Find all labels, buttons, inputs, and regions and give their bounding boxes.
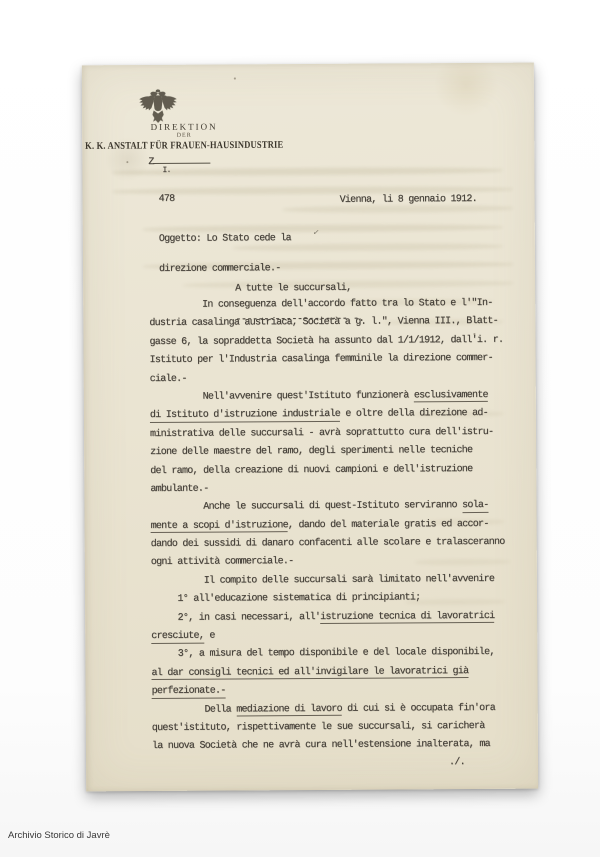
- text-segment: di cui si è occupata fin'ora: [342, 702, 495, 714]
- text-segment: Della: [152, 704, 237, 716]
- document-line: quest'istituto, rispettivamente le sue s…: [152, 718, 506, 739]
- letterhead-institution: K. K. ANSTALT FÜR FRAUEN-HAUSINDUSTRIE: [64, 138, 304, 151]
- text-segment: 3°, a misura del tempo disponibile e del…: [151, 647, 494, 660]
- text-segment: e oltre della direzione ad-: [340, 408, 488, 420]
- document-line: 1° all'educazione sistematica di princip…: [151, 589, 505, 610]
- underlined-text: al dar consigli tecnici ed all'invigilar…: [151, 666, 468, 680]
- document-line: dando dei sussidi di danaro confacenti a…: [151, 534, 505, 555]
- document-line: In conseguenza dell'accordo fatto tra lo…: [149, 295, 503, 316]
- document-line: 3°, a misura del tempo disponibile e del…: [151, 644, 505, 665]
- document-line: ambulante.-: [150, 479, 504, 500]
- paper-speck: [234, 77, 236, 79]
- text-segment: gasse 6, la sopraddetta Società ha assun…: [149, 335, 503, 348]
- text-segment: la nuova Società che ne avrà cura nell'e…: [152, 739, 490, 752]
- document-line: dustria casalinga austriaca, Società a g…: [149, 313, 503, 334]
- text-segment: dando dei sussidi di danaro confacenti a…: [151, 537, 505, 550]
- document-line: mente a scopi d'istruzione, dando del ma…: [151, 516, 505, 537]
- text-segment: del ramo, della creazione di nuovi campi…: [150, 464, 472, 477]
- text-segment: 2°, in casi necessari, all': [151, 612, 320, 624]
- text-segment: ciale.-: [150, 373, 187, 384]
- text-segment: dustria casalinga austriaca, Società a g…: [149, 316, 498, 329]
- salutation: A tutte le succursali,: [235, 283, 364, 295]
- letterhead: DIREKTION DER K. K. ANSTALT FÜR FRAUEN-H…: [109, 64, 259, 65]
- document-line: gasse 6, la sopraddetta Società ha assun…: [149, 332, 503, 353]
- text-segment: ogni attività commerciale.-: [151, 557, 294, 569]
- text-segment: Istituto per l'Industria casalinga femmi…: [150, 353, 493, 366]
- letterhead-direktion: DIREKTION: [109, 121, 259, 132]
- underlined-text: cresciute,: [151, 631, 204, 644]
- document-line: perfezionate.-: [152, 681, 506, 702]
- scan-background: DIREKTION DER K. K. ANSTALT FÜR FRAUEN-H…: [0, 0, 600, 857]
- text-segment: Anche le succursali di quest-Istituto se…: [150, 500, 462, 513]
- text-segment: ministrativa delle succursali - avrà sop…: [150, 427, 493, 440]
- document-line: ogni attività commerciale.-: [151, 552, 505, 573]
- text-segment: , dando del materiale gratis ed accor-: [288, 519, 489, 531]
- underlined-text: perfezionate.-: [152, 686, 226, 699]
- document-line: la nuova Società che ne avrà cura nell'e…: [152, 736, 506, 757]
- underlined-text: mente a scopi d'istruzione: [151, 520, 288, 533]
- document-page: DIREKTION DER K. K. ANSTALT FÜR FRAUEN-H…: [82, 63, 538, 792]
- text-segment: quest'istituto, rispettivamente le sue s…: [152, 721, 485, 734]
- document-line: 2°, in casi necessari, all'istruzione te…: [151, 607, 505, 628]
- bleedthrough-streak: [112, 167, 502, 176]
- document-line: Della mediazione di lavoro di cui si è o…: [152, 699, 506, 720]
- document-line: ministrativa delle succursali - avrà sop…: [150, 424, 504, 445]
- document-line: Anche le succursali di quest-Istituto se…: [150, 497, 504, 518]
- protocol-number: 478: [159, 194, 175, 205]
- document-line: del ramo, della creazione di nuovi campi…: [150, 460, 504, 481]
- dateline: Vienna, li 8 gennaio 1912.: [340, 194, 477, 206]
- archive-watermark: Archivio Storico di Javrè: [8, 830, 110, 841]
- document-line: Nell'avvenire quest'Istituto funzionerà …: [150, 387, 504, 408]
- text-segment: e: [204, 631, 215, 642]
- letter-body: In conseguenza dell'accordo fatto tra lo…: [149, 295, 506, 757]
- document-line: di Istituto d'istruzione industriale e o…: [150, 405, 504, 426]
- file-number-field: Z: [148, 157, 210, 168]
- bleedthrough-streak: [282, 205, 512, 213]
- subject-line-1: Oggetto: Lo Stato cede la: [159, 234, 291, 245]
- document-line: ciale.-: [150, 368, 504, 389]
- underlined-text: mediazione di lavoro: [236, 703, 342, 716]
- pencil-mark: ✓: [312, 228, 320, 238]
- underlined-text: istruzione tecnica di lavoratrici: [320, 611, 494, 625]
- document-line: cresciute, e: [151, 626, 505, 647]
- text-segment: In conseguenza dell'accordo fatto tra lo…: [149, 298, 492, 311]
- underlined-text: di Istituto d'istruzione industriale: [150, 409, 340, 423]
- document-line: zione delle maestre del ramo, degli sper…: [150, 442, 504, 463]
- text-segment: Nell'avvenire quest'Istituto funzionerà: [150, 390, 414, 403]
- continuation-mark: ./.: [449, 757, 465, 768]
- file-number-rule: [154, 163, 211, 164]
- text-segment: 1° all'educazione sistematica di princip…: [151, 593, 420, 606]
- document-line: Il compito delle succursali sarà limitat…: [151, 571, 505, 592]
- file-number-sub: I.: [162, 166, 170, 175]
- underlined-text: sola-: [462, 500, 488, 513]
- text-segment: zione delle maestre del ramo, degli sper…: [150, 445, 472, 458]
- paper-speck: [126, 161, 128, 163]
- text-segment: ambulante.-: [150, 484, 208, 495]
- underlined-text: esclusivamente: [414, 390, 488, 403]
- document-line: Istituto per l'Industria casalinga femmi…: [150, 350, 504, 371]
- document-line: al dar consigli tecnici ed all'invigilar…: [151, 663, 505, 684]
- text-segment: Il compito delle succursali sarà limitat…: [151, 574, 494, 587]
- paper-speck: [473, 333, 475, 335]
